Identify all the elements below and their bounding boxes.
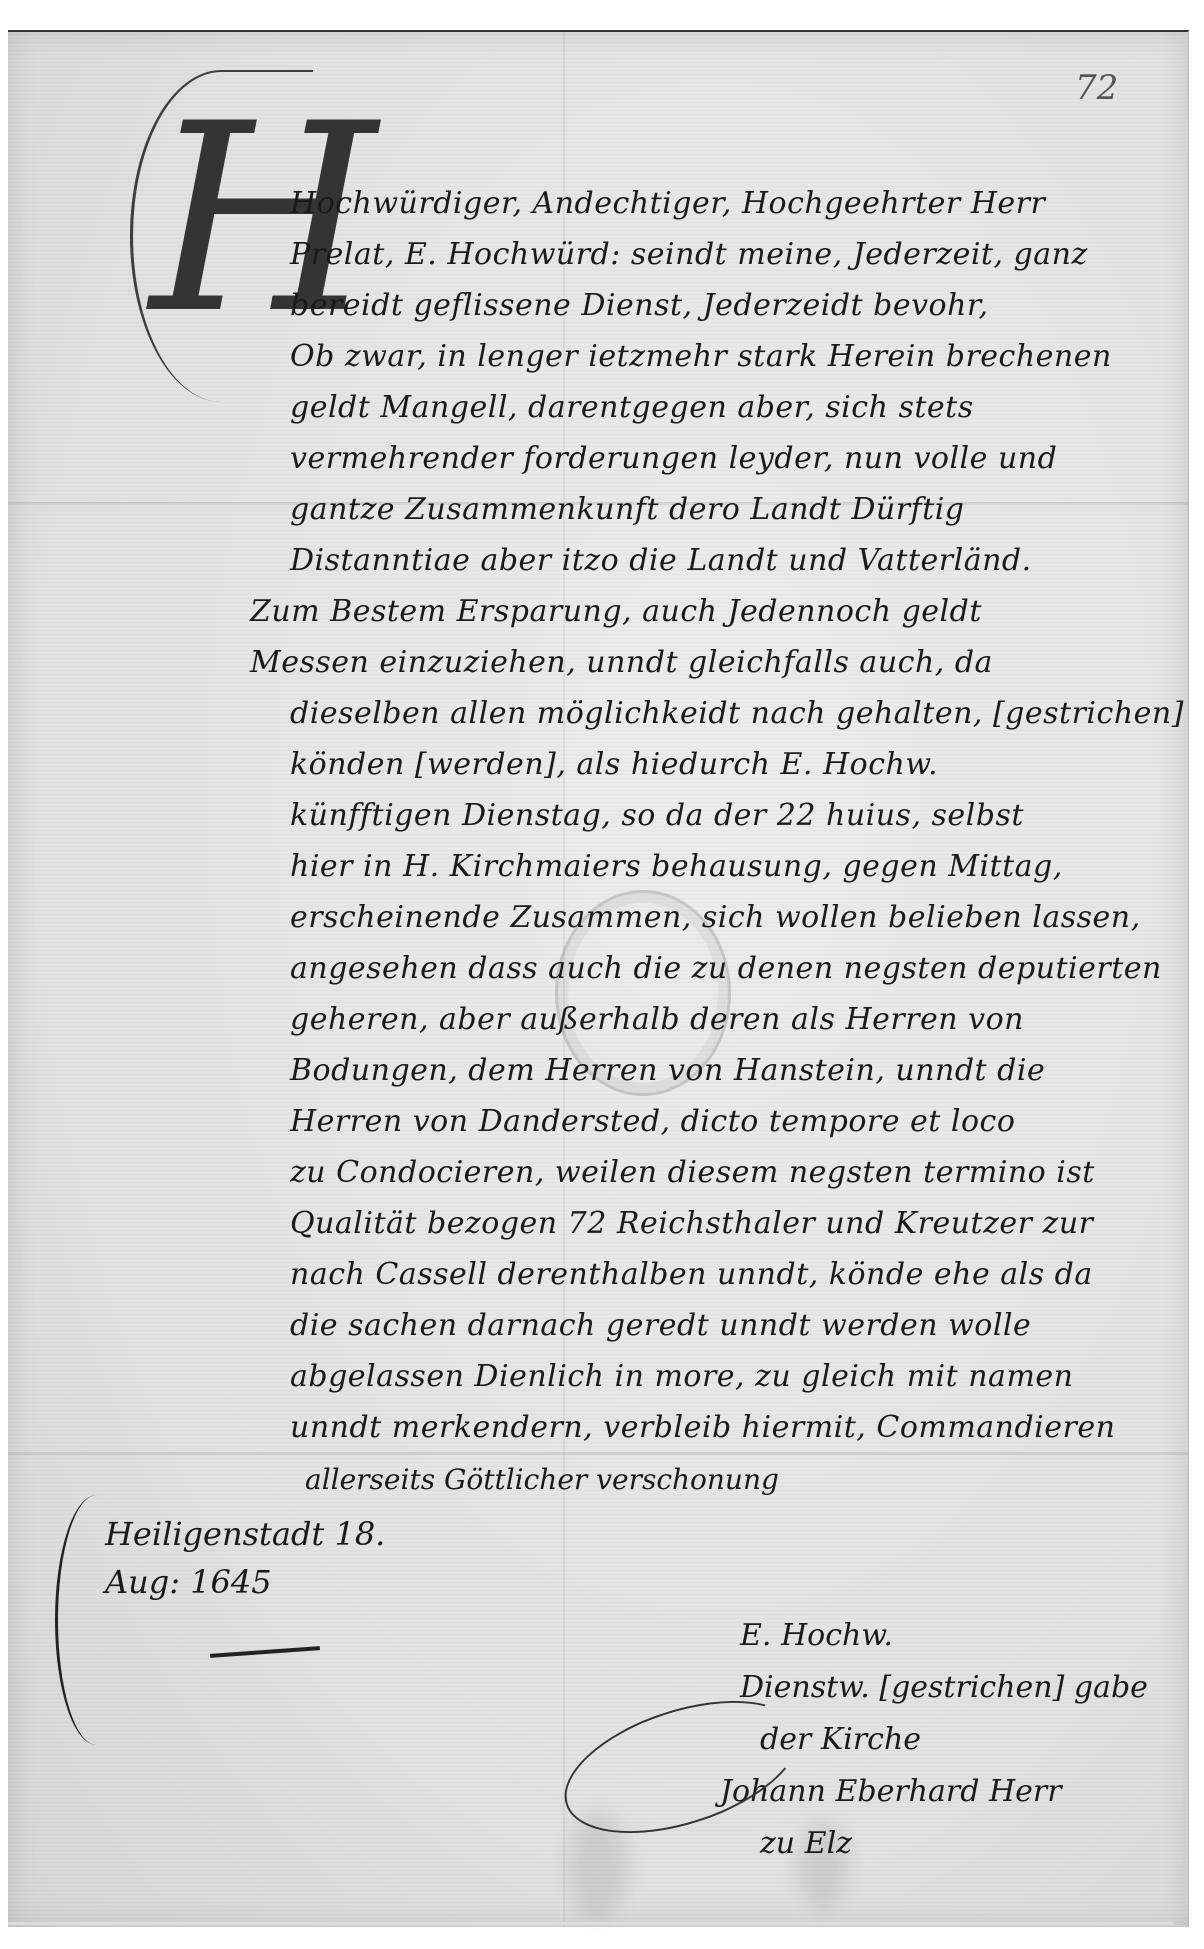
folio-number: 72 bbox=[1075, 68, 1118, 108]
signature-line: E. Hochw. bbox=[740, 1610, 1148, 1662]
body-line: erscheinende Zusammen, sich wollen belie… bbox=[290, 892, 1170, 943]
body-line: bereidt geflissene Dienst, Jederzeidt be… bbox=[290, 280, 1170, 331]
body-line: dieselben allen möglichkeidt nach gehalt… bbox=[290, 688, 1170, 739]
date-place: Heiligenstadt bbox=[105, 1515, 324, 1553]
body-line: angesehen dass auch die zu denen negsten… bbox=[290, 943, 1170, 994]
signature-block: E. Hochw. Dienstw. [gestrichen] gabe der… bbox=[740, 1610, 1148, 1870]
body-line: Qualität bezogen 72 Reichsthaler und Kre… bbox=[290, 1198, 1170, 1249]
signer-name: Johann Eberhard Herr bbox=[720, 1766, 1148, 1818]
body-line: vermehrender forderungen leyder, nun vol… bbox=[290, 433, 1170, 484]
closing-line: allerseits Göttlicher verschonung bbox=[305, 1463, 779, 1496]
date-month: Aug: bbox=[105, 1563, 180, 1601]
date-day: 18. bbox=[334, 1515, 385, 1553]
body-line: könden [werden], als hiedurch E. Hochw. bbox=[290, 739, 1170, 790]
body-line: nach Cassell derenthalben unndt, könde e… bbox=[290, 1249, 1170, 1300]
page-bottom-edge bbox=[8, 1922, 1173, 1925]
body-line: die sachen darnach geredt unndt werden w… bbox=[290, 1300, 1170, 1351]
body-line: geldt Mangell, darentgegen aber, sich st… bbox=[290, 382, 1170, 433]
letter-body: Hochwürdiger, Andechtiger, Hochgeehrter … bbox=[290, 178, 1170, 1453]
body-line: unndt merkendern, verbleib hiermit, Comm… bbox=[290, 1402, 1170, 1453]
body-line: künfftigen Dienstag, so da der 22 huius,… bbox=[290, 790, 1170, 841]
body-line: zu Condocieren, weilen diesem negsten te… bbox=[290, 1147, 1170, 1198]
body-line: gantze Zusammenkunft dero Landt Dürftig bbox=[290, 484, 1170, 535]
body-line: abgelassen Dienlich in more, zu gleich m… bbox=[290, 1351, 1170, 1402]
body-line: Herren von Dandersted, dicto tempore et … bbox=[290, 1096, 1170, 1147]
body-line: hier in H. Kirchmaiers behausung, gegen … bbox=[290, 841, 1170, 892]
dateline: Heiligenstadt 18. Aug: 1645 bbox=[105, 1510, 385, 1606]
body-line: Bodungen, dem Herren von Hanstein, unndt… bbox=[290, 1045, 1170, 1096]
date-year: 1645 bbox=[190, 1563, 271, 1601]
body-line: Ob zwar, in lenger ietzmehr stark Herein… bbox=[290, 331, 1170, 382]
body-line: geheren, aber außerhalb deren als Herren… bbox=[290, 994, 1170, 1045]
signer-title: zu Elz bbox=[760, 1818, 1148, 1870]
body-line: Hochwürdiger, Andechtiger, Hochgeehrter … bbox=[290, 178, 1170, 229]
signature-line: der Kirche bbox=[760, 1714, 1148, 1766]
body-line: Zum Bestem Ersparung, auch Jedennoch gel… bbox=[250, 586, 1170, 637]
body-line: Distanntiae aber itzo die Landt und Vatt… bbox=[290, 535, 1170, 586]
body-line: Prelat, E. Hochwürd: seindt meine, Jeder… bbox=[290, 229, 1170, 280]
body-line: Messen einzuziehen, unndt gleichfalls au… bbox=[250, 637, 1170, 688]
signature-line: Dienstw. [gestrichen] gabe bbox=[740, 1662, 1148, 1714]
